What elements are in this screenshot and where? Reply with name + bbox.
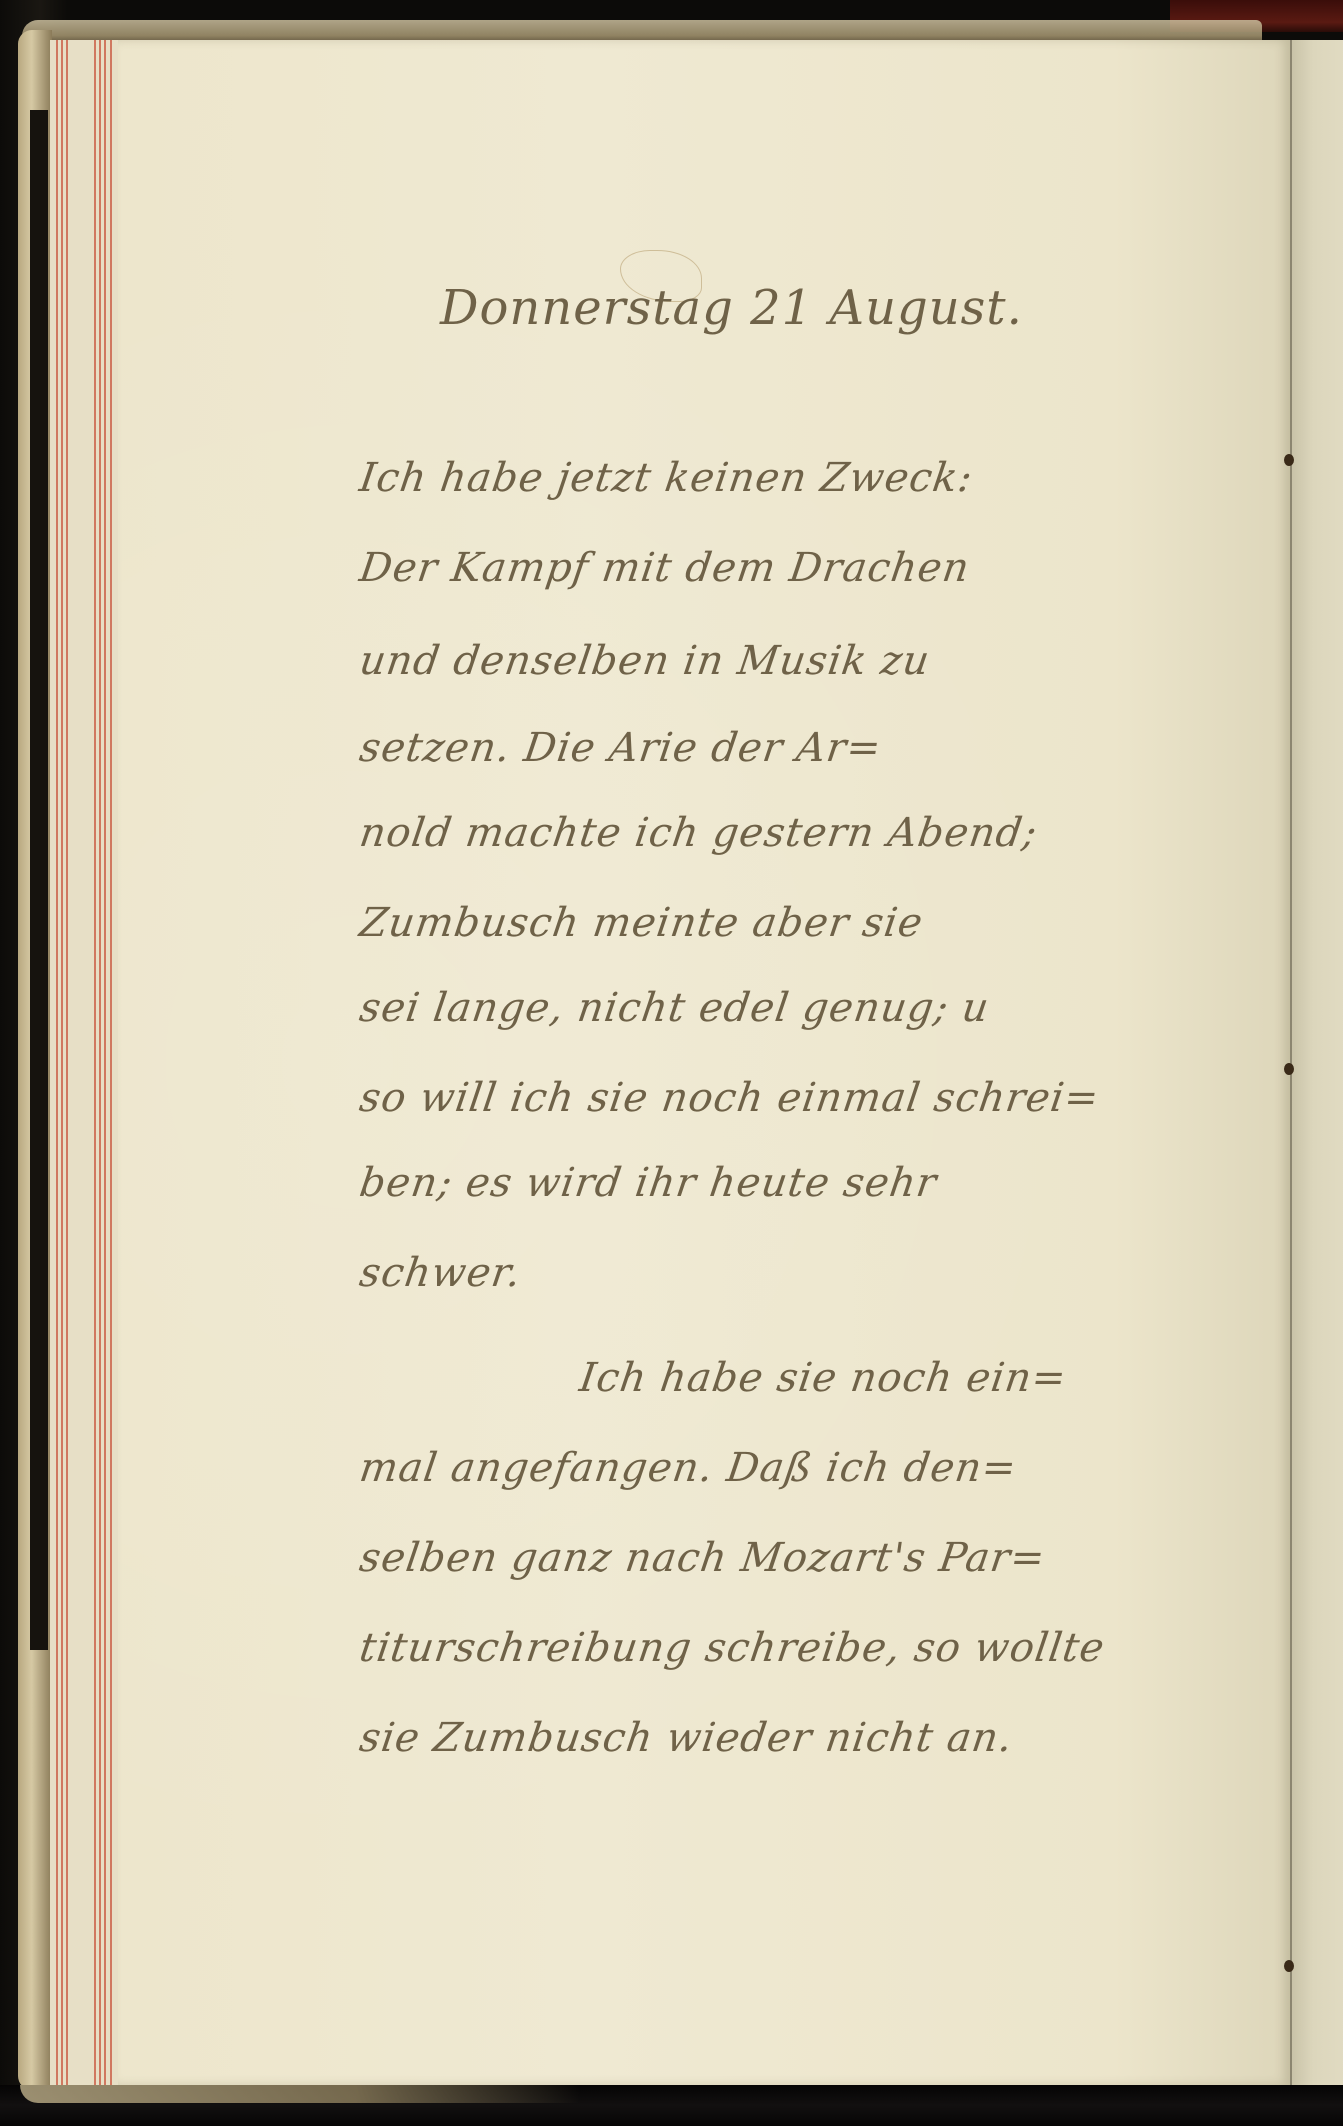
text-line: selben ganz nach Mozart's Par= xyxy=(357,1535,1049,1581)
text-line: mal angefangen. Daß ich den= xyxy=(357,1445,1020,1491)
text-line: Der Kampf mit dem Drachen xyxy=(357,545,973,591)
text-line: titurschreibung schreibe, so wollte xyxy=(357,1625,1108,1671)
spine-shadow xyxy=(30,110,48,1650)
entry-heading: Donnerstag 21 August. xyxy=(440,280,1023,336)
stitch-hole xyxy=(1284,454,1294,466)
text-line: Ich habe jetzt keinen Zweck: xyxy=(357,455,976,501)
facing-page-edge xyxy=(1290,40,1343,2085)
text-line: so will ich sie noch einmal schrei= xyxy=(357,1075,1103,1121)
frayed-binding xyxy=(20,2085,580,2103)
page-stack-edges xyxy=(50,40,122,2085)
stitch-hole xyxy=(1284,1063,1294,1075)
text-line: setzen. Die Arie der Ar= xyxy=(357,725,885,771)
text-line: sei lange, nicht edel genug; u xyxy=(357,985,993,1031)
text-line: schwer. xyxy=(357,1250,525,1296)
text-line: und denselben in Musik zu xyxy=(357,638,933,684)
text-line: sie Zumbusch wieder nicht an. xyxy=(357,1715,1016,1761)
stitch-hole xyxy=(1284,1960,1294,1972)
diary-page xyxy=(118,40,1290,2085)
text-line: ben; es wird ihr heute sehr xyxy=(357,1160,940,1206)
text-line: Zumbusch meinte aber sie xyxy=(357,900,926,946)
text-line: Ich habe sie noch ein= xyxy=(577,1355,1070,1401)
text-line: nold machte ich gestern Abend; xyxy=(357,810,1041,856)
